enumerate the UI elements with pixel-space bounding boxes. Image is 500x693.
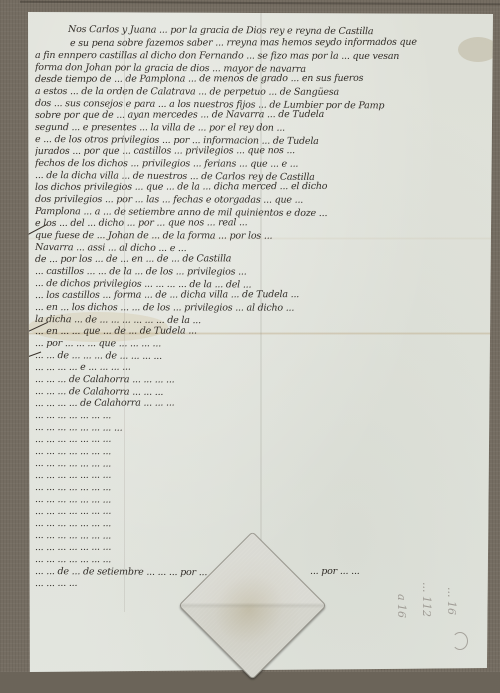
pencil-note: a 16 xyxy=(395,594,408,618)
manuscript-line: ... ... ... ... xyxy=(35,577,215,592)
background-shelf-edge xyxy=(20,1,500,6)
signature: ... por ... ... xyxy=(310,566,460,580)
pencil-note: ... 112 xyxy=(420,582,433,617)
pencil-circle-mark xyxy=(452,632,468,650)
pencil-note: ... 16 xyxy=(445,587,458,615)
